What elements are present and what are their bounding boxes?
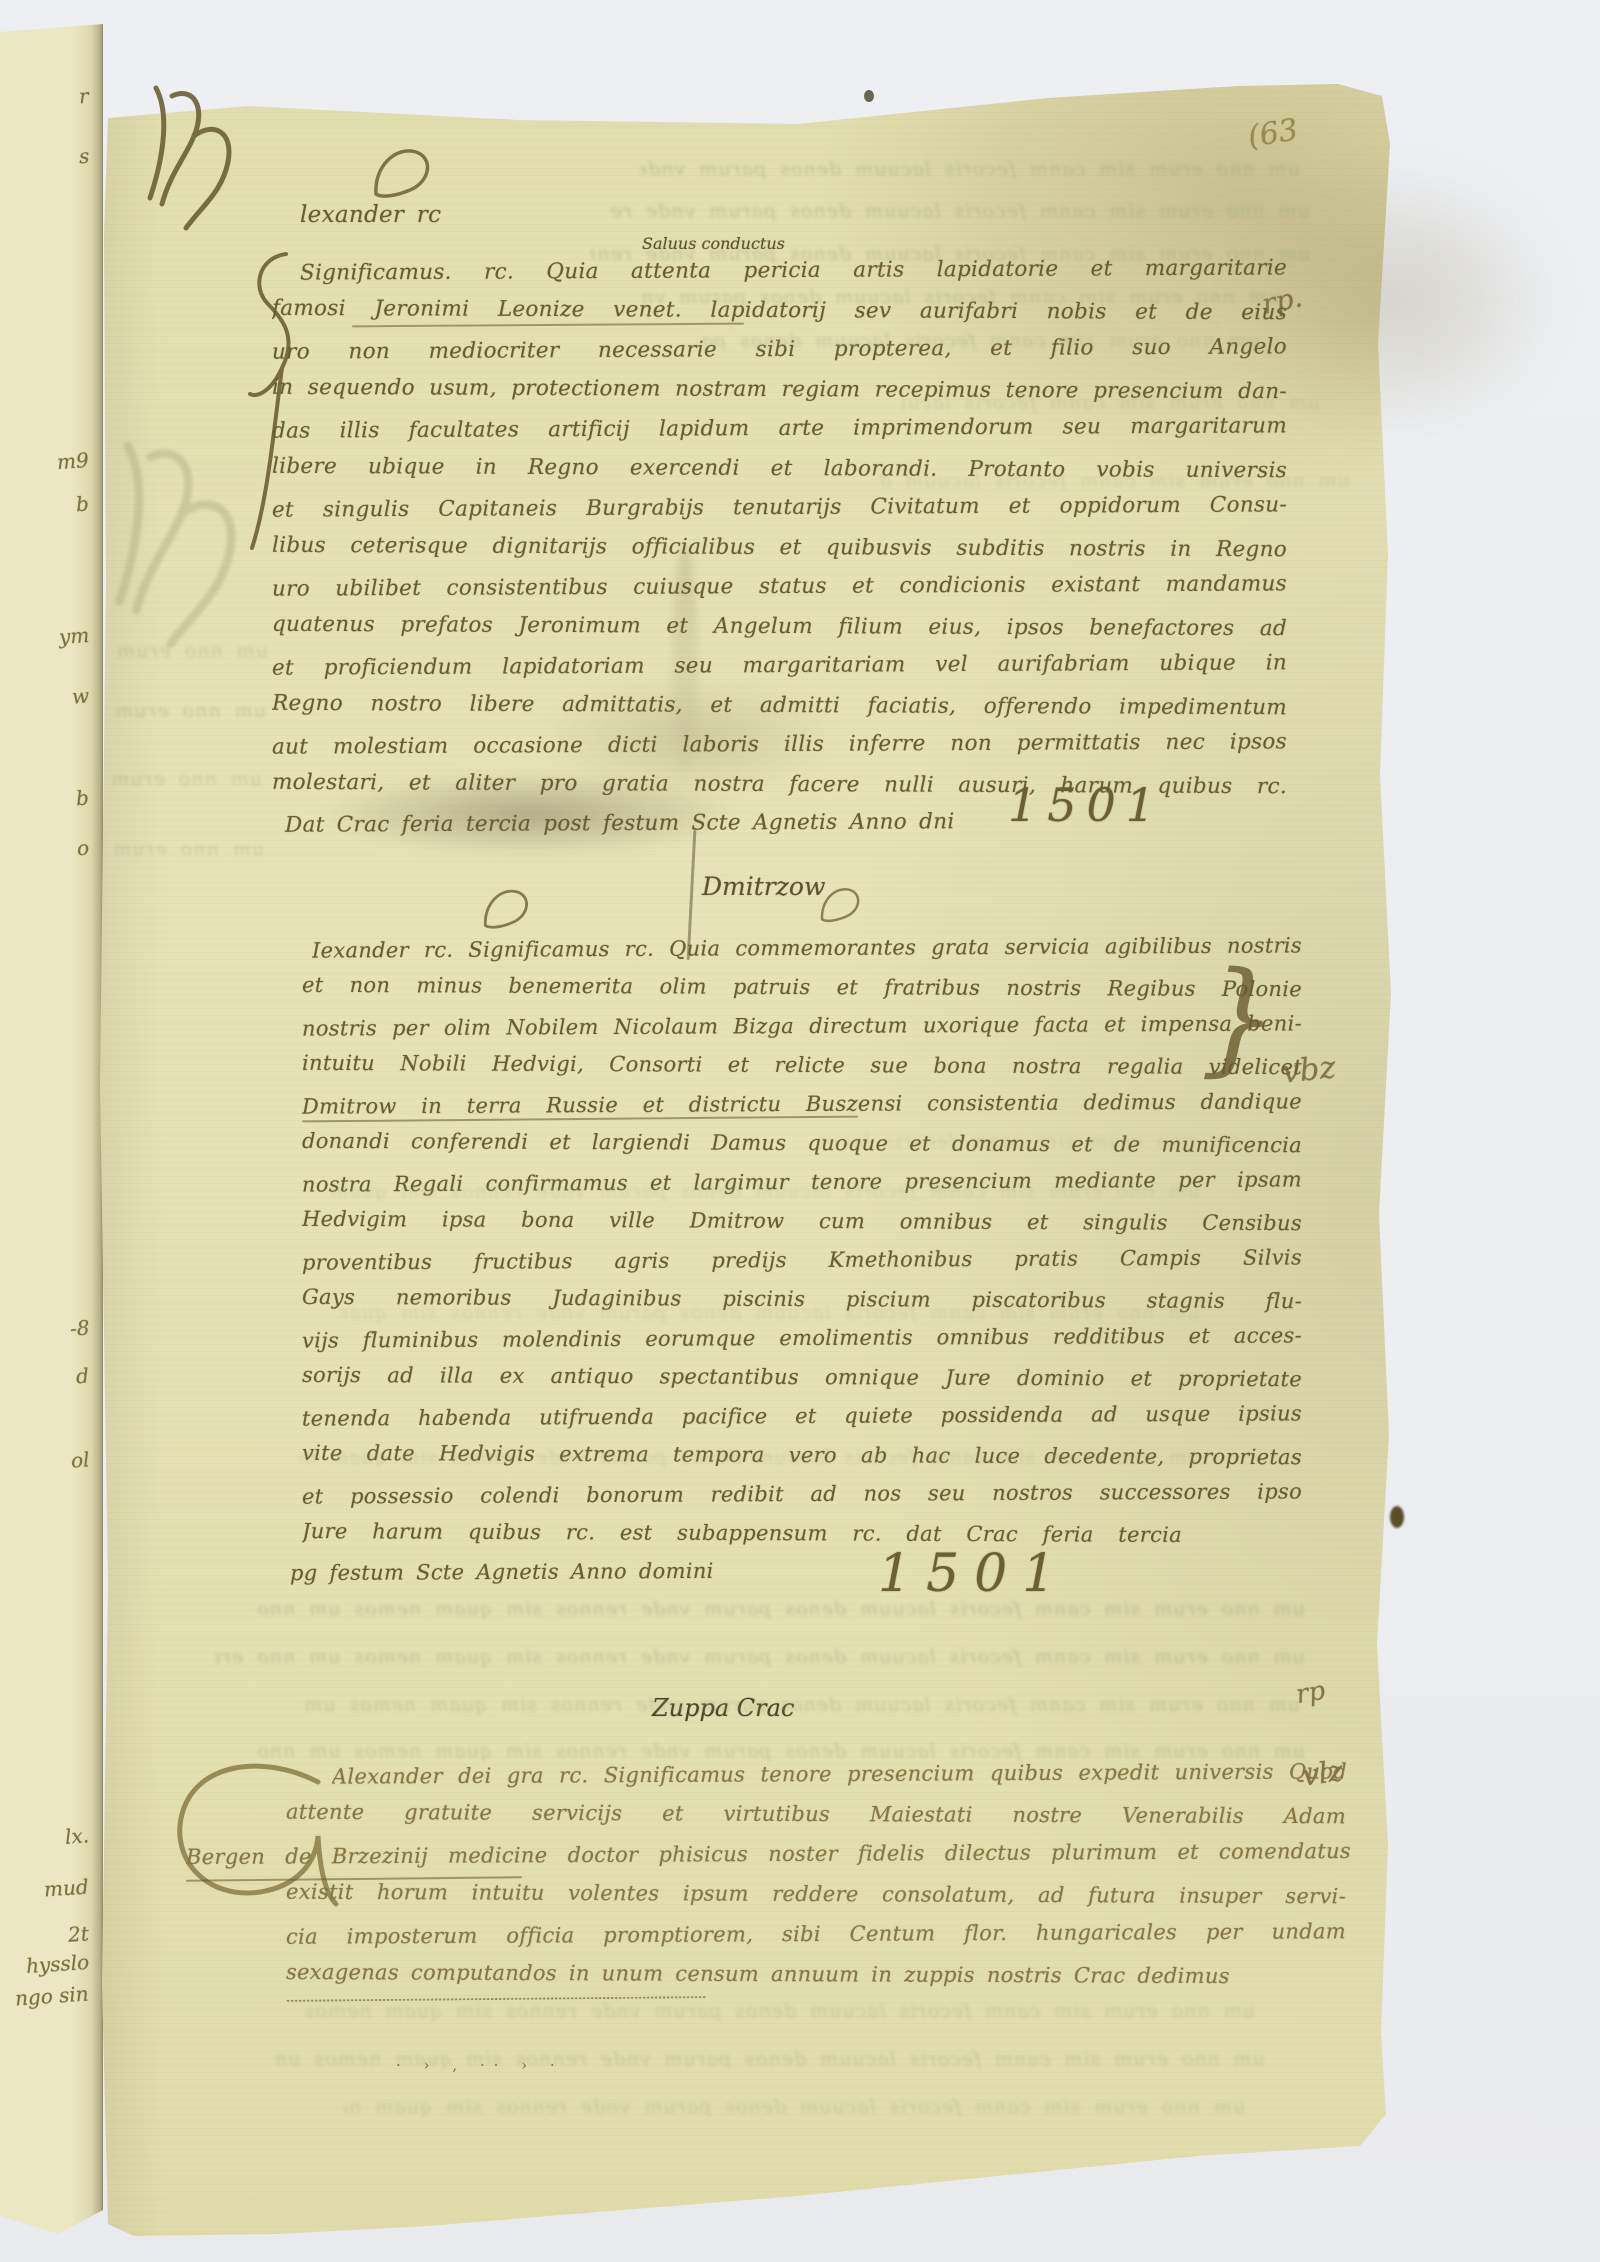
previous-folio-text-fragment: m9 bbox=[56, 448, 89, 474]
previous-folio-text-fragment: ol bbox=[70, 1447, 90, 1472]
previous-folio-text-fragment: -8 bbox=[69, 1315, 90, 1340]
verso-bleed-through: um nno erum sim canm fecoris lacuum deno… bbox=[300, 1446, 1200, 1468]
scanned-manuscript-photo: { "document": { "description": "Handwrit… bbox=[0, 0, 1600, 2262]
previous-folio-text-fragment: ym bbox=[58, 623, 90, 649]
verso-bleed-through: um nno erum sim ca bbox=[112, 768, 262, 790]
verso-bleed-through: um nno erum sim ca bbox=[114, 838, 264, 860]
manuscript-line: et singulis Capitaneis Burgrabijs tenuta… bbox=[272, 492, 1287, 524]
entry1-lead-line: lexander rc bbox=[300, 202, 441, 228]
previous-folio-text-fragment: 2t bbox=[67, 1921, 89, 1946]
previous-folio-text-fragment: b bbox=[75, 492, 89, 517]
manuscript-line: molestari, et aliter pro gratia nostra f… bbox=[272, 769, 1287, 800]
manuscript-line: et proficiendum lapidatoriam seu margari… bbox=[272, 650, 1287, 682]
previous-folio-text-fragment: hysslo bbox=[25, 1950, 90, 1978]
previous-folio-text-fragment: b bbox=[75, 786, 89, 811]
manuscript-line: libus ceterisque dignitarijs officialibu… bbox=[272, 532, 1287, 563]
loop-flourish bbox=[479, 884, 535, 932]
manuscript-line: uro ubilibet consistentibus cuiusque sta… bbox=[272, 571, 1287, 603]
verso-bleed-through: um nno erum sim canm fecoris lacuum deno… bbox=[345, 2096, 1245, 2118]
previous-folio-text-fragment: o bbox=[76, 836, 90, 861]
manuscript-line: tenenda habenda utifruenda pacifice et q… bbox=[302, 1401, 1302, 1432]
manuscript-line: Dat Crac feria tercia post festum Scte A… bbox=[285, 809, 955, 838]
verso-bleed-through: um nno erum sim canm fecoris lacuum deno… bbox=[245, 1598, 1305, 1620]
manuscript-line: vijs fluminibus molendinis eorumque emol… bbox=[302, 1323, 1302, 1354]
loop-flourish bbox=[368, 142, 438, 202]
manuscript-line: nostris per olim Nobilem Nicolaum Bizga … bbox=[302, 1011, 1302, 1042]
edge-spot bbox=[1390, 1506, 1404, 1528]
verso-bleed-through: um nno erum sim canm fecoris lacuum deno… bbox=[275, 2048, 1265, 2070]
verso-bleed-through: um nno erum sim canm fecoris lacuum deno… bbox=[255, 1740, 1305, 1762]
manuscript-line: attente gratuite servicijs et virtutibus… bbox=[286, 1800, 1346, 1831]
verso-bleed-through: um nno erum sim canm fecoris lacuum deno… bbox=[295, 2000, 1255, 2022]
verso-bleed-through: um nno erum sim canm fecoris lacuum deno… bbox=[640, 158, 1300, 180]
manuscript-line: pg festum Scte Agnetis Anno domini bbox=[290, 1559, 714, 1585]
manuscript-line: Hedvigim ipsa bona ville Dmitrow cum omn… bbox=[302, 1207, 1302, 1238]
previous-folio-text-fragment: d bbox=[75, 1364, 89, 1389]
manuscript-line: Alexander dei gra rc. Significamus tenor… bbox=[332, 1759, 1347, 1791]
verso-bleed-through: um nno erum sim canm fecoris lacuum deno… bbox=[820, 1130, 1240, 1152]
previous-folio-text-fragment: mud bbox=[44, 1874, 90, 1901]
initial-monogram-flourish bbox=[142, 78, 262, 238]
manuscript-line: cia imposterum officia promptiorem, sibi… bbox=[286, 1919, 1346, 1951]
entry2-heading: Dmitrzow bbox=[702, 872, 825, 901]
verso-bleed-through: um nno erum sim canm fecoris lacuum deno… bbox=[880, 470, 1350, 492]
manuscript-line: Jure harum quibus rc. est subappensum rc… bbox=[302, 1519, 1182, 1549]
verso-bleed-through: um nno erum sim canm fecoris lacuum deno… bbox=[320, 1180, 1200, 1202]
manuscript-line: existit horum intuitu volentes ipsum red… bbox=[286, 1880, 1346, 1911]
verso-bleed-through: um nno erum sim ca bbox=[116, 700, 266, 722]
verso-bleed-through: um nno erum sim canm fecoris lacuum deno… bbox=[900, 392, 1320, 414]
manuscript-line: aut molestiam occasione dicti laboris il… bbox=[272, 729, 1287, 761]
previous-folio-text-fragment: r bbox=[79, 84, 90, 109]
previous-folio-text-fragment: w bbox=[71, 683, 90, 708]
manuscript-line: das illis facultates artificij lapidum a… bbox=[272, 413, 1287, 445]
manuscript-line: Iexander rc. Significamus rc. Quia comme… bbox=[312, 933, 1302, 964]
verso-bleed-through: um nno erum sim ca bbox=[118, 640, 268, 662]
manuscript-line: sorijs ad illa ex antiquo spectantibus o… bbox=[302, 1363, 1302, 1394]
verso-bleed-through: um nno erum sim canm fecoris lacuum deno… bbox=[640, 286, 1280, 308]
entry2-year-numerals: 1501 bbox=[878, 1544, 1070, 1604]
previous-folio-text-fragment: ngo sin bbox=[15, 1981, 90, 2010]
previous-folio-edge: rsm9bymwbo-8dollx.mud2thysslongo sin bbox=[0, 24, 103, 2240]
manuscript-line: Dmitrow in terra Russie et districtu Bus… bbox=[302, 1089, 1302, 1120]
previous-folio-text-fragment: lx. bbox=[64, 1823, 90, 1849]
verso-bleed-through: um nno erum sim canm fecoris lacuum deno… bbox=[290, 1694, 1300, 1716]
verso-bleed-through: um nno erum sim canm fecoris lacuum deno… bbox=[700, 330, 1260, 352]
manuscript-line: sexagenas computandos in unum censum ann… bbox=[286, 1960, 1230, 1988]
previous-folio-text-fragment: s bbox=[78, 144, 90, 169]
verso-bleed-through: um nno erum sim canm fecoris lacuum deno… bbox=[610, 200, 1310, 222]
manuscript-line: proventibus fructibus agris predijs Kmet… bbox=[302, 1245, 1302, 1276]
manuscript-line: intuitu Nobili Hedvigi, Consorti et reli… bbox=[302, 1051, 1302, 1082]
manuscript-line: et non minus benemerita olim patruis et … bbox=[302, 973, 1302, 1004]
manuscript-line: et possessio colendi bonorum redibit ad … bbox=[302, 1479, 1302, 1510]
manuscript-line: quatenus prefatos Jeronimum et Angelum f… bbox=[272, 611, 1287, 642]
verso-bleed-through: um nno erum sim canm fecoris lacuum deno… bbox=[590, 243, 1310, 265]
verso-bleed-through: um nno erum sim canm fecoris lacuum deno… bbox=[215, 1646, 1305, 1668]
manuscript-line: Regno nostro libere admittatis, et admit… bbox=[272, 690, 1287, 721]
verso-bleed-through: um nno erum sim canm fecoris lacuum deno… bbox=[340, 1302, 1200, 1324]
ink-spot bbox=[864, 90, 874, 102]
